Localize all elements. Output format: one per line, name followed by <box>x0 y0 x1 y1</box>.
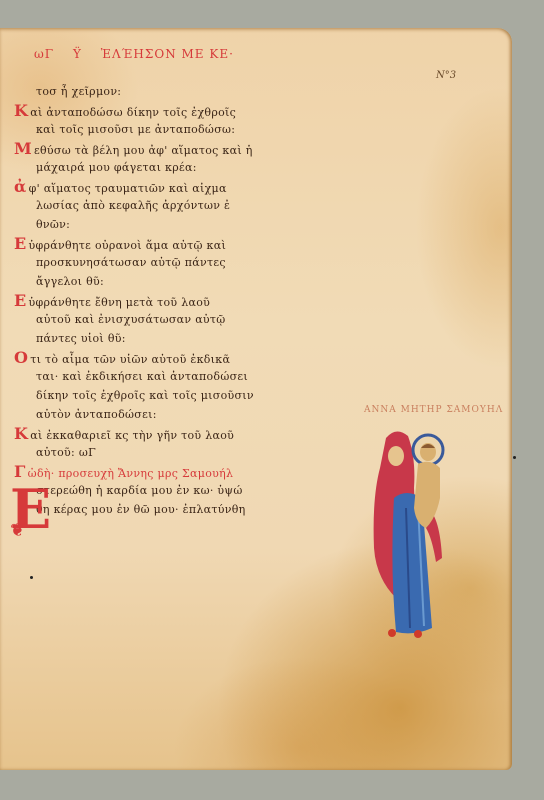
text-line: καὶ τοῖς μισοῦσι με ἀνταποδώσω: <box>14 120 304 139</box>
miniature-caption: ΑΝΝΑ ΜΗΤΗΡ ΣΑΜΟΥΗΛ <box>364 405 503 415</box>
miniature-anna-and-samuel <box>366 428 466 640</box>
text-line: μάχαιρά μου φάγεται κρέα: <box>14 158 304 177</box>
text-column: τοσ ἦ χεῖρμον:Καὶ ἀνταποδώσω δίκην τοῖς … <box>14 82 304 519</box>
line-text: θη κέρας μου ἐν θῶ μου· ἐπλατύνθη <box>36 503 246 516</box>
text-line: Καὶ ἐκκαθαριεῖ κς τὴν γῆν τοῦ λαοῦ <box>14 424 304 443</box>
text-line: ἄγγελοι θῦ: <box>14 272 304 291</box>
rubricated-initial: Ε <box>14 291 27 310</box>
line-text: πάντες υἱοὶ θῦ: <box>36 332 126 345</box>
text-line: Οτι τὸ αἷμα τῶν υἱῶν αὐτοῦ ἐκδικᾶ <box>14 348 304 367</box>
line-text: αὶ ἀνταποδώσω δίκην τοῖς ἐχθροῖς <box>30 106 236 119</box>
rubricated-initial: Κ <box>14 424 28 443</box>
line-text: ὐφράνθητε οὐρανοὶ ἅμα αὐτῷ καὶ <box>29 239 227 252</box>
text-line: στερεώθη ἡ καρδία μου ἐν κω· ὑψώ <box>14 481 304 500</box>
text-line: Γὠδὴ· προσευχὴ Ἄννης μρς Σαμουήλ <box>14 462 304 481</box>
rubricated-initial: ἀ <box>14 177 27 196</box>
text-line: αὐτὸν ἀνταποδώσει: <box>14 405 304 424</box>
text-line: Εὐφράνθητε ἔθνη μετὰ τοῦ λαοῦ <box>14 291 304 310</box>
text-line: αὐτοῦ καὶ ἐνισχυσάτωσαν αὐτῷ <box>14 310 304 329</box>
line-text: στερεώθη ἡ καρδία μου ἐν κω· ὑψώ <box>36 484 243 497</box>
line-text: ὐφράνθητε ἔθνη μετὰ τοῦ λαοῦ <box>29 296 211 309</box>
text-line: ἀφ' αἵματος τραυματιῶν καὶ αἰχμα <box>14 177 304 196</box>
line-text: αὐτοῦ καὶ ἐνισχυσάτωσαν αὐτῷ <box>36 313 226 326</box>
line-text: φ' αἵματος τραυματιῶν καὶ αἰχμα <box>29 182 227 195</box>
rubricated-initial: Κ <box>14 101 28 120</box>
rubric-header: ωΓ Ϋ ἘΛΈΗΣΟΝ ΜΕ ΚΕ· <box>34 47 248 61</box>
text-line: τοσ ἦ χεῖρμον: <box>14 82 304 101</box>
text-line: λωσίας ἀπὸ κεφαλῆς ἀρχόντων ἐ <box>14 196 304 215</box>
line-text: τοσ ἦ χεῖρμον: <box>36 85 121 98</box>
text-line: ται· καὶ ἐκδικήσει καὶ ἀνταποδώσει <box>14 367 304 386</box>
line-text: αὐτοῦ: ωΓ <box>36 446 96 459</box>
header-item: ἘΛΈΗΣΟΝ ΜΕ ΚΕ· <box>101 47 234 61</box>
line-text: μάχαιρά μου φάγεται κρέα: <box>36 161 197 174</box>
line-text: καὶ τοῖς μισοῦσι με ἀνταποδώσω: <box>36 123 235 136</box>
line-text: εθύσω τὰ βέλη μου ἀφ' αἵματος καὶ ἡ <box>34 144 253 157</box>
ink-speck <box>513 456 516 459</box>
header-item: ωΓ <box>34 47 54 61</box>
text-line: αὐτοῦ: ωΓ <box>14 443 304 462</box>
line-text: αὐτὸν ἀνταποδώσει: <box>36 408 157 421</box>
rubricated-initial: Ε <box>14 234 27 253</box>
ink-speck <box>30 576 33 579</box>
line-text: θνῶν: <box>36 218 70 231</box>
text-line: δίκην τοῖς ἐχθροῖς καὶ τοῖς μισοῦσιν <box>14 386 304 405</box>
text-line: Εὐφράνθητε οὐρανοὶ ἅμα αὐτῷ καὶ <box>14 234 304 253</box>
text-line: θνῶν: <box>14 215 304 234</box>
text-line: προσκυνησάτωσαν αὐτῷ πάντες <box>14 253 304 272</box>
line-text: τι τὸ αἷμα τῶν υἱῶν αὐτοῦ ἐκδικᾶ <box>30 353 230 366</box>
rubricated-initial: Ο <box>14 348 28 367</box>
rubricated-initial: Μ <box>14 139 32 158</box>
text-line: Καὶ ἀνταποδώσω δίκην τοῖς ἐχθροῖς <box>14 101 304 120</box>
line-text: ται· καὶ ἐκδικήσει καὶ ἀνταποδώσει <box>36 370 248 383</box>
folio-number: N°3 <box>436 70 456 81</box>
text-line: θη κέρας μου ἐν θῶ μου· ἐπλατύνθη <box>14 500 304 519</box>
line-text: δίκην τοῖς ἐχθροῖς καὶ τοῖς μισοῦσιν <box>36 389 254 402</box>
line-text: ὠδὴ· προσευχὴ Ἄννης μρς Σαμουήλ <box>28 467 234 480</box>
text-line: Μεθύσω τὰ βέλη μου ἀφ' αἵματος καὶ ἡ <box>14 139 304 158</box>
text-line: πάντες υἱοὶ θῦ: <box>14 329 304 348</box>
header-item: Ϋ <box>73 47 82 61</box>
line-text: προσκυνησάτωσαν αὐτῷ πάντες <box>36 256 226 269</box>
initial-flourish-icon: ❦ <box>10 520 25 541</box>
line-text: ἄγγελοι θῦ: <box>36 275 104 288</box>
line-text: λωσίας ἀπὸ κεφαλῆς ἀρχόντων ἐ <box>36 199 230 212</box>
line-text: αὶ ἐκκαθαριεῖ κς τὴν γῆν τοῦ λαοῦ <box>30 429 234 442</box>
